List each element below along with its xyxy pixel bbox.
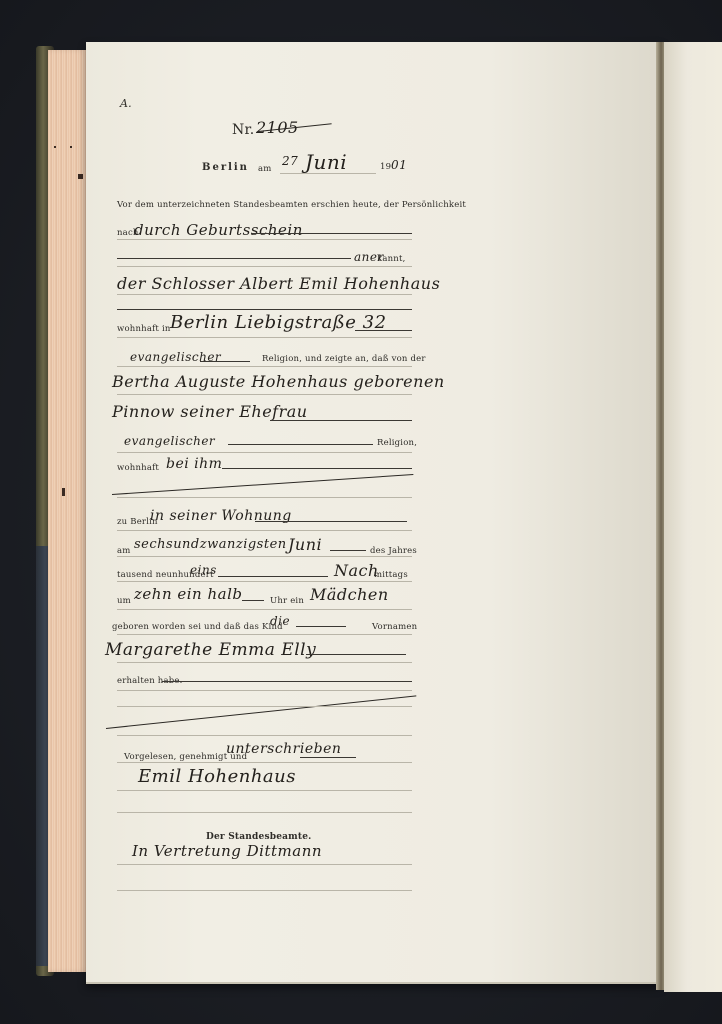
form-rule	[117, 394, 412, 395]
form-rule	[117, 634, 412, 635]
page-letter: A.	[120, 97, 132, 110]
form-rule	[117, 366, 412, 367]
form-rule	[117, 890, 412, 891]
place-label: Berlin	[202, 162, 249, 173]
form-rule	[117, 762, 412, 763]
mother-line-2: Pinnow seiner Ehefrau	[112, 402, 308, 421]
form-rule	[117, 239, 412, 240]
fill-line	[306, 654, 406, 655]
date-day: 27	[282, 154, 298, 168]
form-rule	[117, 337, 412, 338]
edge-mark	[70, 146, 72, 148]
form-rule	[117, 864, 412, 865]
mother-religion: evangelischer	[124, 434, 215, 448]
date-year-hand: 01	[391, 158, 407, 172]
fill-line	[252, 233, 412, 234]
fill-line	[222, 468, 412, 469]
birth-month: Juni	[288, 535, 322, 554]
child-article: die	[270, 614, 290, 628]
facing-page	[664, 42, 722, 992]
identity-basis: durch Geburtsschein	[134, 221, 303, 239]
mother-address: bei ihm	[166, 456, 222, 472]
mittags-label: mittags	[374, 570, 408, 580]
fill-line	[117, 258, 351, 259]
fill-line	[242, 600, 264, 601]
record-number-label: Nr.	[232, 122, 254, 138]
fill-line	[300, 757, 356, 758]
form-rule	[117, 452, 412, 453]
time-of-day: Nach	[334, 561, 379, 580]
edge-mark	[78, 174, 83, 179]
form-rule	[117, 735, 412, 736]
birth-hour: zehn ein halb	[134, 585, 242, 603]
form-rule	[117, 294, 412, 295]
form-rule	[117, 706, 412, 707]
form-rule	[117, 609, 412, 610]
wohnhaft-in-label: wohnhaft in	[117, 324, 171, 334]
form-rule	[117, 662, 412, 663]
um-label: um	[117, 596, 131, 606]
fill-line	[296, 626, 346, 627]
fill-line	[162, 681, 412, 682]
form-rule	[117, 530, 412, 531]
uhr-ein-label: Uhr ein	[270, 596, 304, 606]
declarant-signature: Emil Hohenhaus	[138, 766, 296, 787]
form-rule	[117, 581, 412, 582]
wohnhaft-label: wohnhaft	[117, 463, 159, 473]
date-rule	[280, 173, 376, 174]
mother-line-1: Bertha Auguste Hohenhaus geborenen	[112, 372, 445, 391]
religion-text: Religion, und zeigte an, daß von der	[262, 354, 426, 364]
geboren-text: geboren worden sei und daß das Kind	[112, 622, 283, 632]
form-rule	[117, 690, 412, 691]
fill-line	[200, 361, 250, 362]
form-rule	[117, 812, 412, 813]
fill-line	[330, 550, 366, 551]
birth-year-hand: eins	[190, 563, 217, 577]
child-sex: Mädchen	[310, 585, 389, 604]
form-rule	[117, 556, 412, 557]
religion-label: Religion,	[377, 438, 417, 448]
date-year-printed: 19	[380, 162, 391, 172]
bekannt-label: kannt,	[377, 254, 406, 264]
des-jahres-label: des Jahres	[370, 546, 417, 556]
fill-line	[355, 330, 412, 331]
vornamen-label: Vornamen	[372, 622, 417, 632]
edge-mark	[54, 146, 56, 148]
fill-line	[218, 576, 328, 577]
child-names: Margarethe Emma Elly	[105, 640, 316, 660]
date-connector: am	[258, 164, 272, 174]
date-month: Juni	[305, 150, 347, 174]
signed-hand: unterschrieben	[226, 741, 341, 757]
fill-line	[228, 444, 373, 445]
official-title: Der Standesbeamte.	[206, 832, 312, 842]
birth-day: sechsundzwanzigsten	[134, 537, 287, 552]
intro-text: Vor dem unterzeichneten Standesbeamten e…	[117, 200, 466, 210]
official-signature: In Vertretung Dittmann	[132, 842, 322, 860]
edge-mark	[62, 488, 65, 496]
fill-line	[270, 420, 412, 421]
declarant-name: der Schlosser Albert Emil Hohenhaus	[117, 274, 440, 293]
fill-line	[117, 309, 412, 310]
form-rule	[117, 497, 412, 498]
form-rule	[117, 790, 412, 791]
form-rule	[117, 266, 412, 267]
am-label: am	[117, 546, 131, 556]
fill-line	[255, 521, 407, 522]
